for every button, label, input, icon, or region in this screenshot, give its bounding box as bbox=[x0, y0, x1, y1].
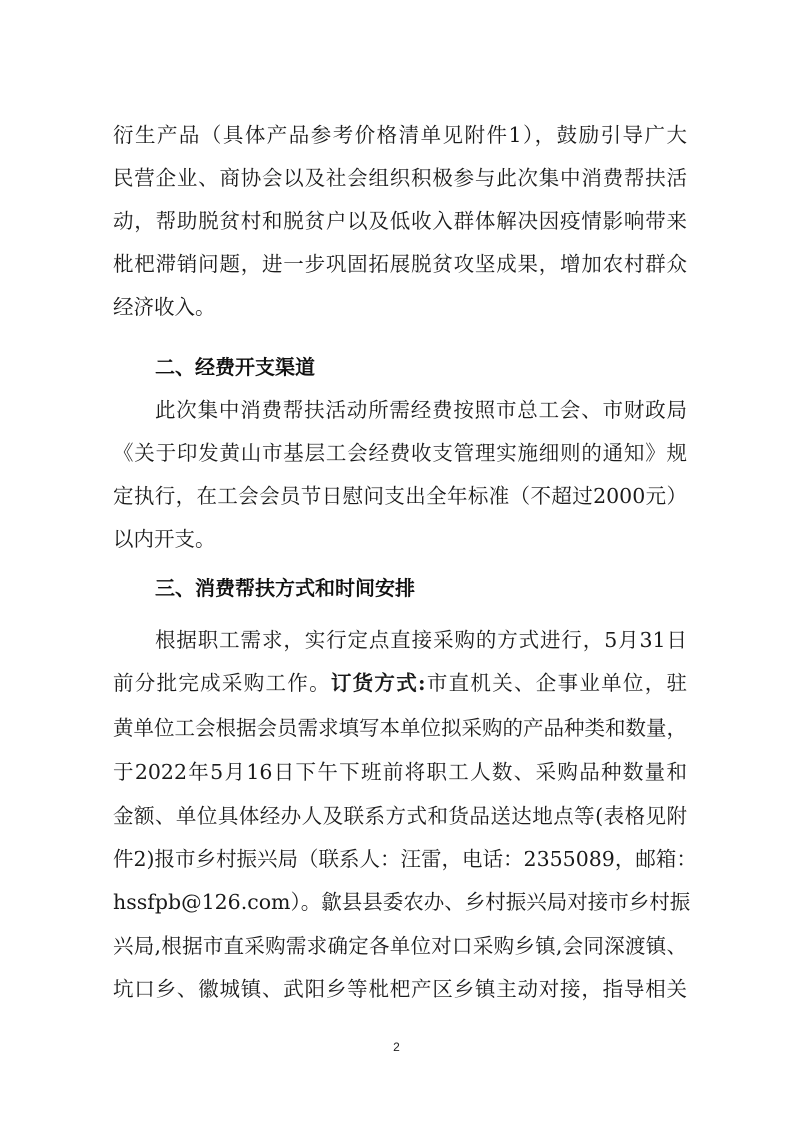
body-line: 此次集中消费帮扶活动所需经费按照市总工会、市财政局 bbox=[155, 398, 687, 422]
body-line: 兴局,根据市直采购需求确定各单位对口采购乡镇,会同深渡镇、 bbox=[113, 934, 687, 958]
body-line: 坑口乡、徽城镇、武阳乡等枇杷产区乡镇主动对接，指导相关 bbox=[113, 977, 687, 1001]
body-line: 动，帮助脱贫村和脱贫户以及低收入群体解决因疫情影响带来 bbox=[113, 209, 687, 233]
body-line: 定执行，在工会会员节日慰问支出全年标准（不超过2000元） bbox=[113, 484, 687, 508]
body-line: 金额、单位具体经办人及联系方式和货品送达地点等(表格见附 bbox=[113, 804, 687, 828]
body-line: 根据职工需求，实行定点直接采购的方式进行，5月31日 bbox=[155, 628, 687, 652]
body-line: 民营企业、商协会以及社会组织积极参与此次集中消费帮扶活 bbox=[113, 166, 687, 190]
bold-label-order-method: 订货方式: bbox=[331, 671, 426, 695]
body-line: 于2022年5月16日下午下班前将职工人数、采购品种数量和 bbox=[113, 760, 687, 784]
page-number: 2 bbox=[0, 1040, 793, 1054]
section-heading: 三、消费帮扶方式和时间安排 bbox=[155, 576, 415, 600]
section-heading: 二、经费开支渠道 bbox=[155, 355, 315, 379]
body-line: hssfpb@126.com）。歙县县委农办、乡村振兴局对接市乡村振 bbox=[113, 890, 687, 914]
body-line: 《关于印发黄山市基层工会经费收支管理实施细则的通知》规 bbox=[113, 441, 687, 465]
body-line: 衍生产品（具体产品参考价格清单见附件1），鼓励引导广大 bbox=[113, 123, 687, 147]
body-line-with-bold: 前分批完成采购工作。订货方式:市直机关、企事业单位，驻 bbox=[113, 671, 687, 695]
body-line: 经济收入。 bbox=[113, 295, 687, 319]
body-line: 件2)报市乡村振兴局（联系人：汪雷，电话：2355089，邮箱： bbox=[113, 847, 687, 871]
document-page: 衍生产品（具体产品参考价格清单见附件1），鼓励引导广大 民营企业、商协会以及社会… bbox=[0, 0, 793, 1122]
body-line: 以内开支。 bbox=[113, 527, 687, 551]
body-line: 枇杷滞销问题，进一步巩固拓展脱贫攻坚成果，增加农村群众 bbox=[113, 252, 687, 276]
body-text: 市直机关、企事业单位，驻 bbox=[426, 671, 687, 695]
body-line: 黄单位工会根据会员需求填写本单位拟采购的产品种类和数量， bbox=[113, 716, 687, 740]
body-text: 前分批完成采购工作。 bbox=[113, 671, 331, 695]
